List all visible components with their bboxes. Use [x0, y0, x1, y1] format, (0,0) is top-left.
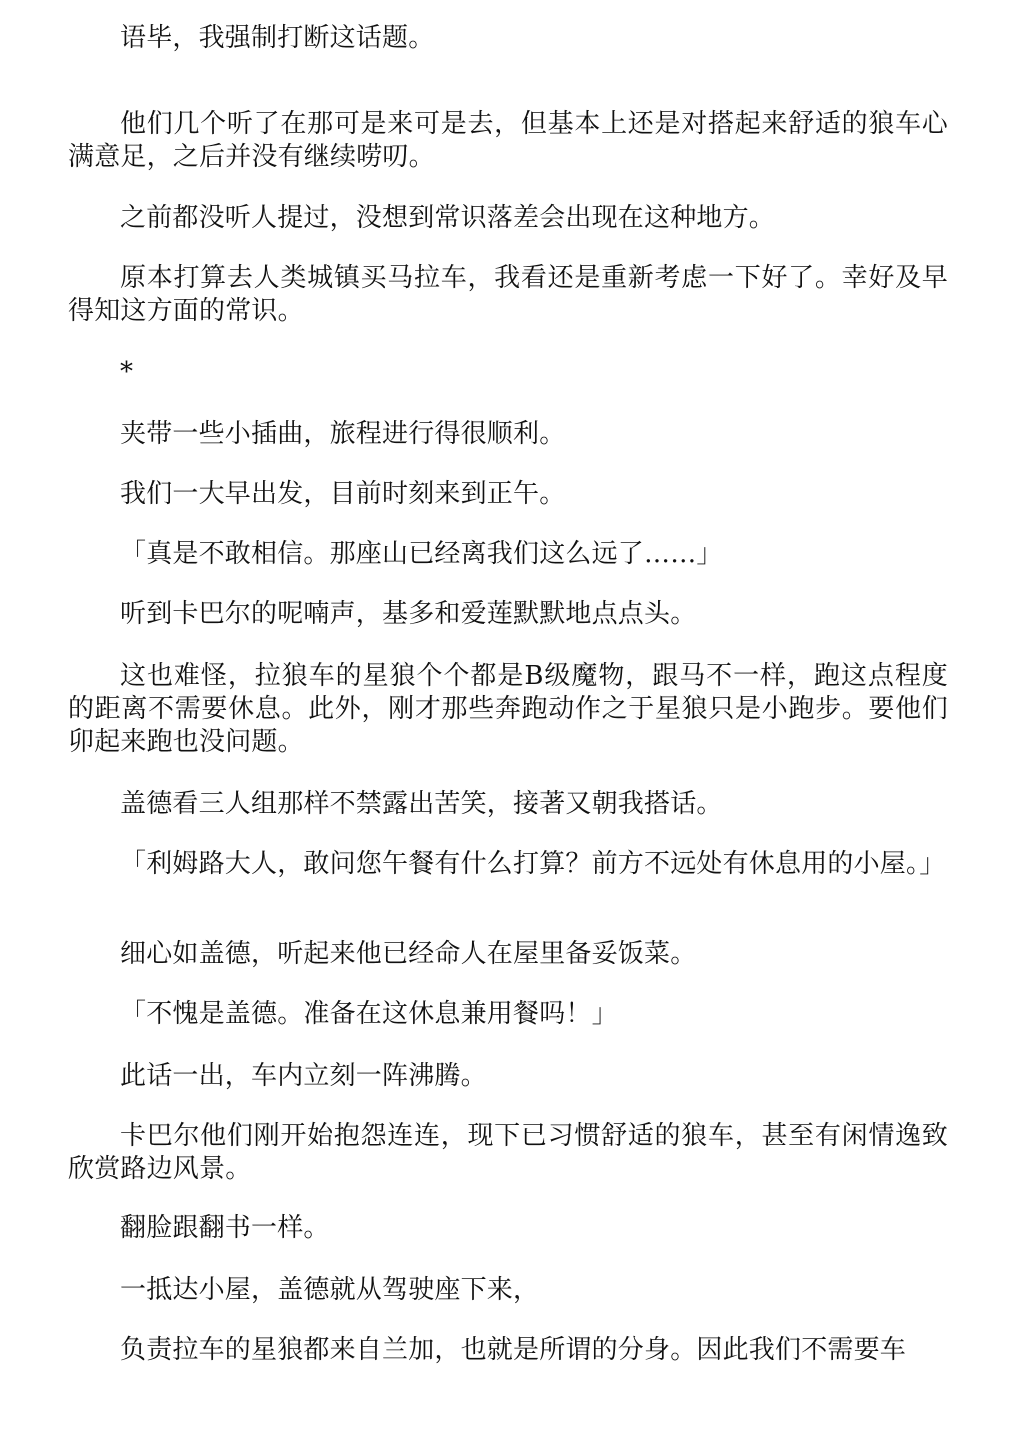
- paragraph: 他们几个听了在那可是来可是去，但基本上还是对搭起来舒适的狼车心满意足，之后并没有…: [68, 108, 948, 174]
- paragraph: 听到卡巴尔的呢喃声，基多和爱莲默默地点点头。: [68, 598, 948, 631]
- paragraph: 卡巴尔他们刚开始抱怨连连，现下已习惯舒适的狼车，甚至有闲情逸致欣赏路边风景。: [68, 1120, 948, 1186]
- paragraph: 夹带一些小插曲，旅程进行得很顺利。: [68, 418, 948, 451]
- paragraph: 之前都没听人提过，没想到常识落差会出现在这种地方。: [68, 202, 948, 235]
- paragraph: 我们一大早出发，目前时刻来到正午。: [68, 478, 948, 511]
- section-divider: *: [68, 356, 948, 389]
- dialogue-paragraph: 「利姆路大人，敢问您午餐有什么打算？前方不远处有休息用的小屋。」: [68, 848, 948, 881]
- paragraph: 细心如盖德，听起来他已经命人在屋里备妥饭菜。: [68, 938, 948, 971]
- dialogue-paragraph: 「真是不敢相信。那座山已经离我们这么远了……」: [68, 538, 948, 571]
- paragraph: 原本打算去人类城镇买马拉车，我看还是重新考虑一下好了。幸好及早得知这方面的常识。: [68, 262, 948, 328]
- paragraph: 负责拉车的星狼都来自兰加，也就是所谓的分身。因此我们不需要车: [68, 1334, 948, 1367]
- paragraph: 此话一出，车内立刻一阵沸腾。: [68, 1060, 948, 1093]
- paragraph: 语毕，我强制打断这话题。: [68, 22, 948, 55]
- paragraph: 这也难怪，拉狼车的星狼个个都是B级魔物，跟马不一样，跑这点程度的距离不需要休息。…: [68, 660, 948, 759]
- paragraph: 翻脸跟翻书一样。: [68, 1212, 948, 1245]
- paragraph: 一抵达小屋，盖德就从驾驶座下来，: [68, 1274, 948, 1307]
- dialogue-paragraph: 「不愧是盖德。准备在这休息兼用餐吗！」: [68, 998, 948, 1031]
- paragraph: 盖德看三人组那样不禁露出苦笑，接著又朝我搭话。: [68, 788, 948, 821]
